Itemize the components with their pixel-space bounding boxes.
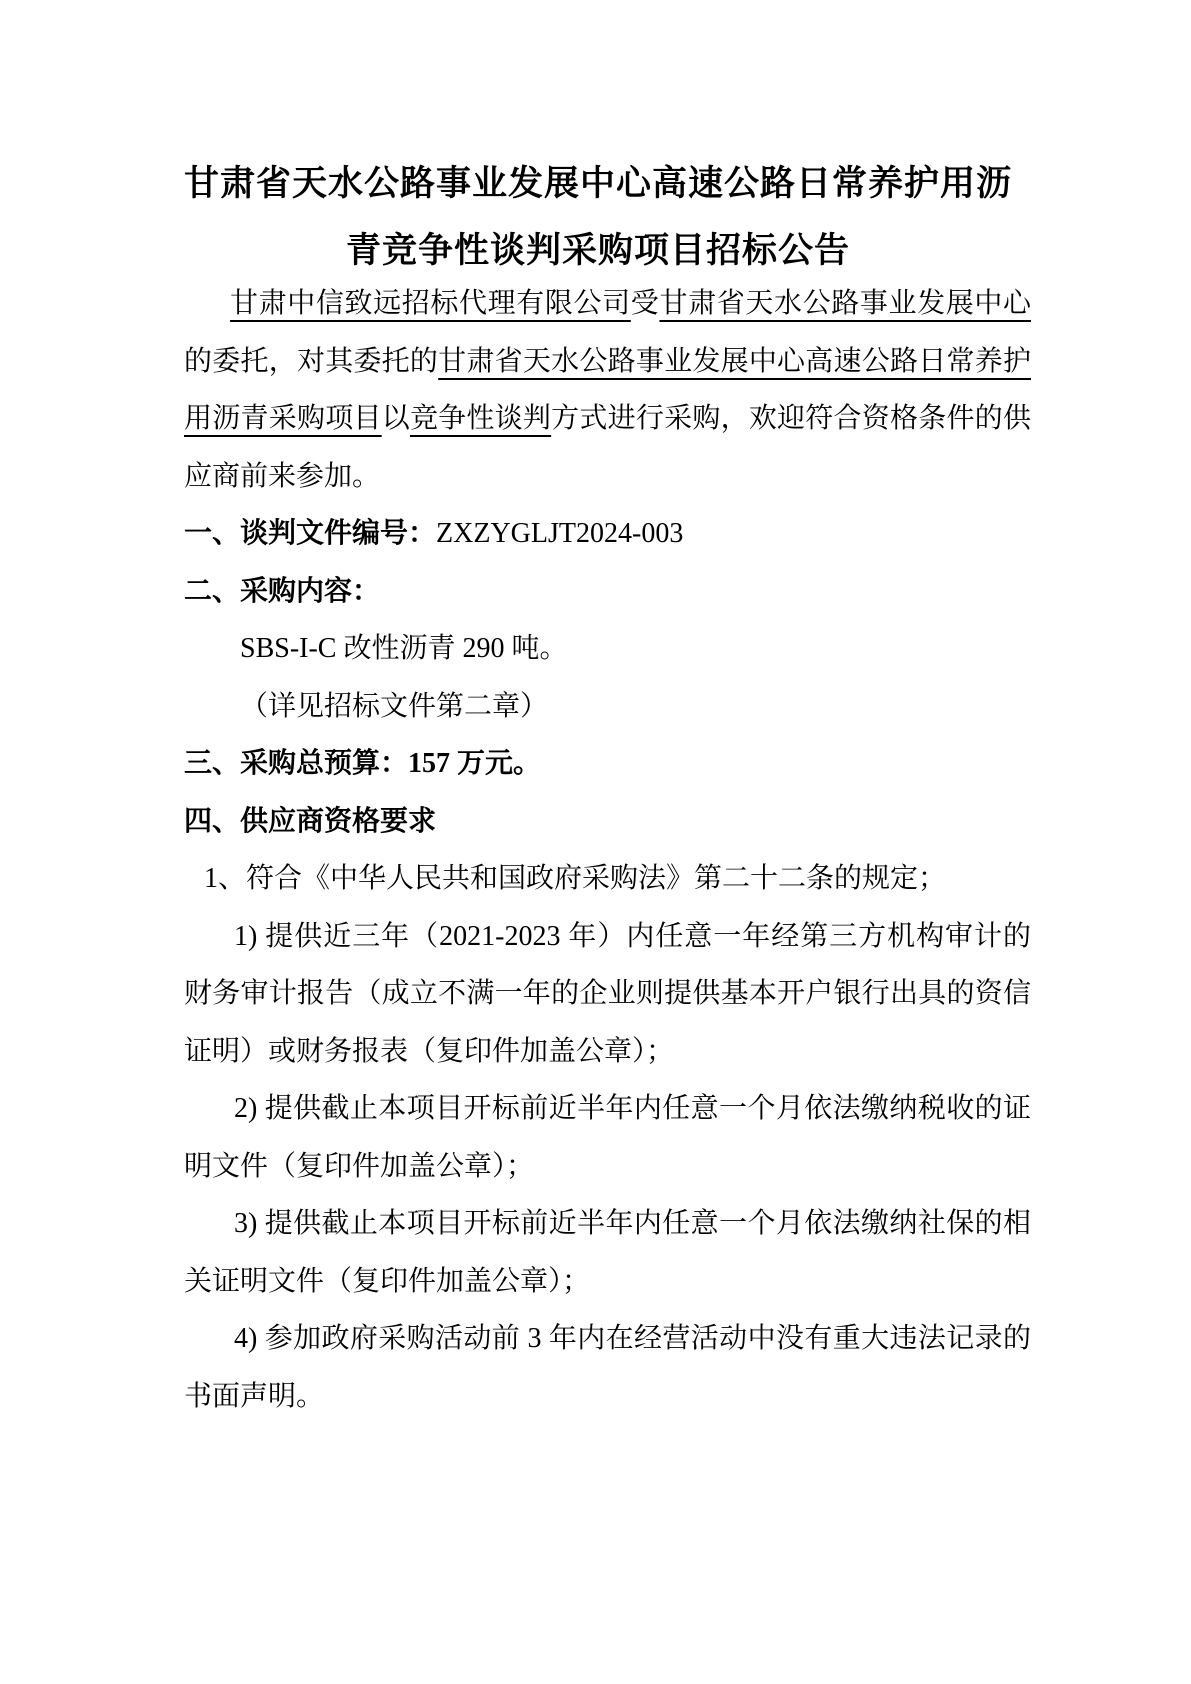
text-run: （详见招标文件第二章）	[240, 691, 548, 722]
underlined-text: 甘肃省天水公路事业发展中心	[659, 288, 1031, 319]
document-body: 甘肃中信致远招标代理有限公司受甘肃省天水公路事业发展中心的委托，对其委托的甘肃省…	[184, 275, 1031, 1425]
text-run: ZXZYGLJT2024-003	[436, 518, 683, 549]
qualification-sub-4: 4) 参加政府采购活动前 3 年内在经营活动中没有重大违法记录的书面声明。	[184, 1310, 1031, 1425]
section-2-heading: 二、采购内容：	[184, 563, 1031, 621]
qualification-item-1: 1、符合《中华人民共和国政府采购法》第二十二条的规定；	[184, 850, 1031, 908]
document-title: 甘肃省天水公路事业发展中心高速公路日常养护用沥青竞争性谈判采购项目招标公告	[165, 150, 1031, 284]
section-3-heading: 三、采购总预算：157 万元。	[184, 735, 1031, 793]
text-run: 1、符合《中华人民共和国政府采购法》第二十二条的规定；	[204, 863, 946, 894]
procurement-item: SBS-I-C 改性沥青 290 吨。	[184, 620, 1031, 678]
document: 甘肃省天水公路事业发展中心高速公路日常养护用沥青竞争性谈判采购项目招标公告 甘肃…	[165, 150, 1031, 1425]
text-run: 的委托，对其委托的	[184, 346, 438, 377]
heading-text: 三、采购总预算：157 万元。	[184, 748, 541, 779]
underlined-text: 竞争性谈判	[410, 403, 551, 434]
qualification-sub-2: 2) 提供截止本项目开标前近半年内任意一个月依法缴纳税收的证明文件（复印件加盖公…	[184, 1080, 1031, 1195]
heading-text: 四、供应商资格要求	[184, 806, 436, 837]
section-1-heading: 一、谈判文件编号：ZXZYGLJT2024-003	[184, 505, 1031, 563]
text-run: 3) 提供截止本项目开标前近半年内任意一个月依法缴纳社保的相关证明文件（复印件加…	[184, 1208, 1031, 1297]
text-run: 受	[631, 288, 660, 319]
text-run: 4) 参加政府采购活动前 3 年内在经营活动中没有重大违法记录的书面声明。	[184, 1323, 1031, 1412]
title-line: 甘肃省天水公路事业发展中心高速公路日常养护用沥	[165, 150, 1031, 217]
title-line: 青竞争性谈判采购项目招标公告	[165, 217, 1031, 284]
text-run: 1) 提供近三年（2021-2023 年）内任意一年经第三方机构审计的财务审计报…	[184, 921, 1031, 1067]
text-run: 2) 提供截止本项目开标前近半年内任意一个月依法缴纳税收的证明文件（复印件加盖公…	[184, 1093, 1031, 1182]
document-page: { "page": { "background": "#ffffff", "te…	[0, 0, 1191, 1684]
intro-paragraph: 甘肃中信致远招标代理有限公司受甘肃省天水公路事业发展中心的委托，对其委托的甘肃省…	[184, 275, 1031, 505]
qualification-sub-3: 3) 提供截止本项目开标前近半年内任意一个月依法缴纳社保的相关证明文件（复印件加…	[184, 1195, 1031, 1310]
text-run: 以	[382, 403, 410, 434]
heading-text: 一、谈判文件编号：	[184, 518, 436, 549]
procurement-note: （详见招标文件第二章）	[184, 678, 1031, 736]
underlined-text: 甘肃中信致远招标代理有限公司	[230, 288, 631, 319]
section-4-heading: 四、供应商资格要求	[184, 793, 1031, 851]
text-run: SBS-I-C 改性沥青 290 吨。	[240, 633, 567, 664]
heading-text: 二、采购内容：	[184, 576, 380, 607]
qualification-sub-1: 1) 提供近三年（2021-2023 年）内任意一年经第三方机构审计的财务审计报…	[184, 908, 1031, 1081]
